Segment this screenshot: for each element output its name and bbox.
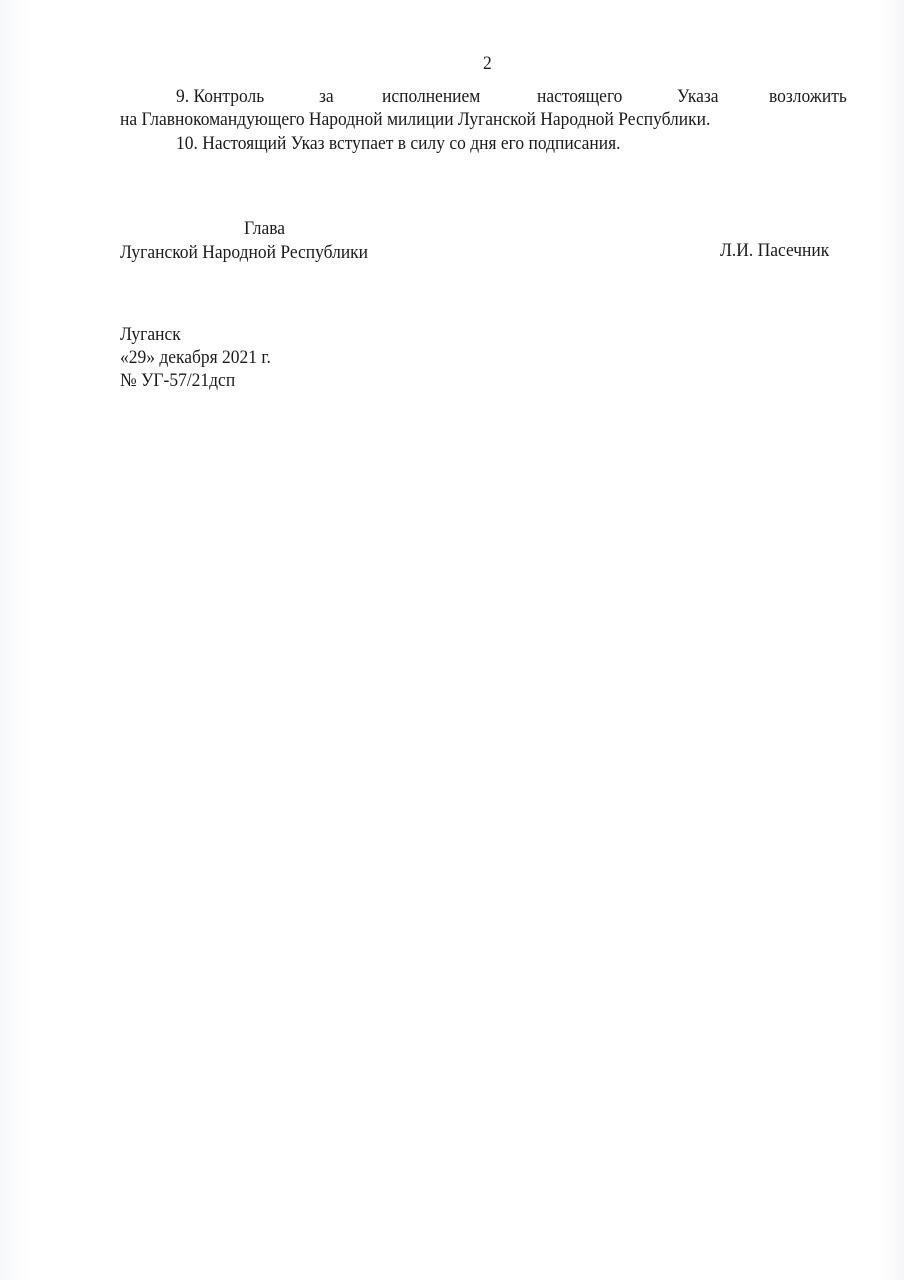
paragraph-9-line-1: 9. Контроль за исполнением настоящего Ук… bbox=[176, 86, 854, 108]
paragraph-9-line-2: на Главнокомандующего Народной милиции Л… bbox=[120, 109, 710, 131]
document-page: 2 9. Контроль за исполнением настоящего … bbox=[0, 0, 904, 1280]
word: настоящего bbox=[537, 86, 622, 108]
word: возложить bbox=[769, 86, 847, 108]
decree-number: № УГ-57/21дсп bbox=[120, 370, 235, 392]
page-number: 2 bbox=[483, 53, 492, 75]
word: Указа bbox=[677, 86, 719, 108]
paragraph-10: 10. Настоящий Указ вступает в силу со дн… bbox=[176, 133, 621, 155]
word: за bbox=[319, 86, 334, 108]
issue-date: «29» декабря 2021 г. bbox=[120, 347, 271, 369]
word: 9. Контроль bbox=[176, 86, 264, 108]
issue-city: Луганск bbox=[120, 324, 181, 346]
word: исполнением bbox=[382, 86, 480, 108]
signatory-name: Л.И. Пасечник bbox=[720, 240, 829, 262]
signatory-organization: Луганской Народной Республики bbox=[120, 242, 368, 264]
signatory-title: Глава bbox=[244, 218, 285, 240]
